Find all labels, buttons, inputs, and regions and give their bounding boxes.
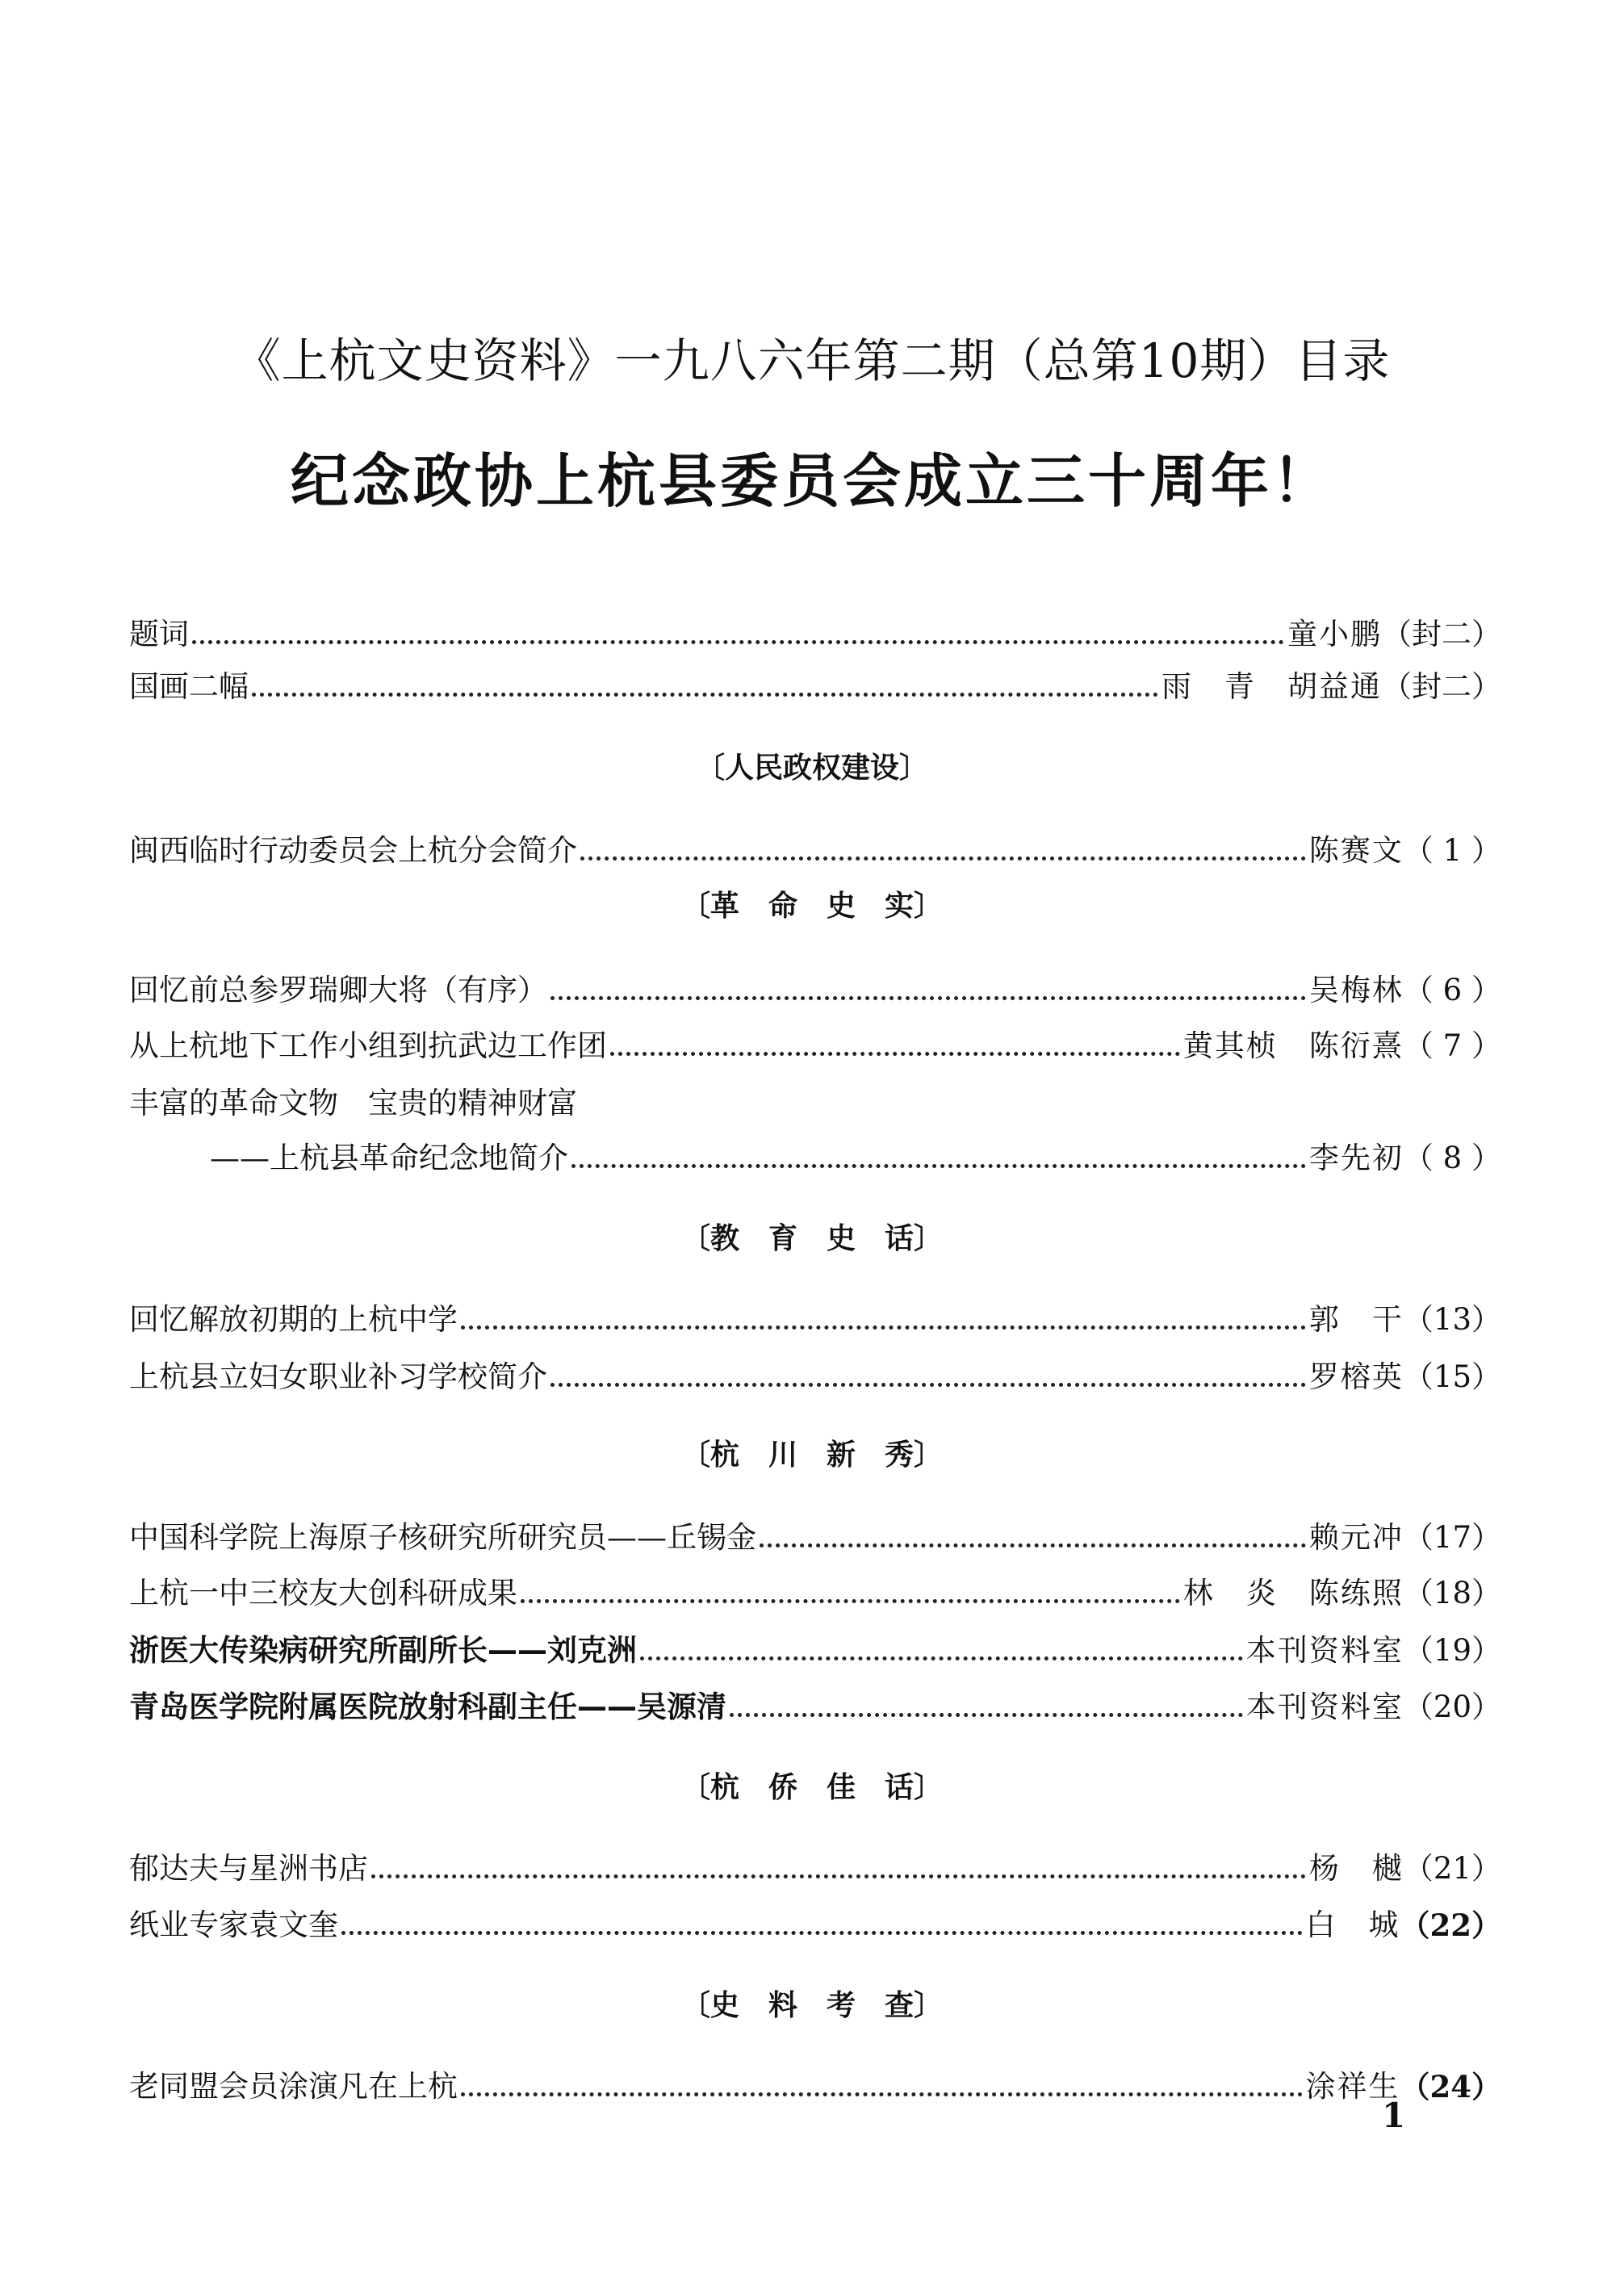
toc-entry: 纸业专家袁文奎 白 城 （22） bbox=[129, 1906, 1501, 1945]
leader-dots bbox=[550, 1383, 1306, 1387]
entry-page: （ 8 ） bbox=[1404, 1139, 1501, 1178]
entry-title: 题词 bbox=[129, 615, 189, 654]
entry-title: 郁达夫与星洲书店 bbox=[129, 1849, 368, 1888]
leader-dots bbox=[341, 1931, 1303, 1935]
leader-dots bbox=[760, 1543, 1306, 1547]
section-heading: 〔教 育 史 话〕 bbox=[0, 1220, 1624, 1258]
section-heading: 〔杭 川 新 秀〕 bbox=[0, 1436, 1624, 1475]
entry-title: 丰富的革命文物 宝贵的精神财富 bbox=[129, 1084, 577, 1123]
leader-dots bbox=[550, 996, 1306, 1000]
leader-dots bbox=[580, 856, 1306, 861]
toc-entry: 上杭县立妇女职业补习学校简介 罗榕英 （15） bbox=[129, 1358, 1501, 1397]
toc-entry: 从上杭地下工作小组到抗武边工作团 黄其桢 陈衍熹 （ 7 ） bbox=[129, 1027, 1501, 1066]
entry-title: 回忆前总参罗瑞卿大将（有序） bbox=[129, 971, 547, 1010]
entry-author: 黄其桢 陈衍熹 bbox=[1183, 1027, 1404, 1066]
toc-entry: ——上杭县革命纪念地简介 李先初 （ 8 ） bbox=[210, 1139, 1501, 1178]
leader-dots bbox=[571, 1164, 1306, 1168]
leader-dots bbox=[640, 1656, 1243, 1660]
entry-title: 中国科学院上海原子核研究所研究员——丘锡金 bbox=[129, 1518, 756, 1557]
entry-author: 郭 干 bbox=[1309, 1300, 1404, 1339]
entry-title: 国画二幅 bbox=[129, 668, 249, 706]
toc-entry: 闽西临时行动委员会上杭分会简介 陈赛文 （ 1 ） bbox=[129, 831, 1501, 870]
entry-title: 从上杭地下工作小组到抗武边工作团 bbox=[129, 1027, 607, 1066]
leader-dots bbox=[730, 1713, 1243, 1717]
entry-author: 吴梅林 bbox=[1309, 971, 1404, 1010]
entry-author: 本刊资料室 bbox=[1246, 1688, 1404, 1727]
entry-page: （22） bbox=[1400, 1906, 1502, 1945]
entry-author: 童小鹏 bbox=[1287, 615, 1382, 654]
toc-entry: 青岛医学院附属医院放射科副主任——吴源清 本刊资料室 （20） bbox=[129, 1688, 1501, 1727]
entry-page: （20） bbox=[1404, 1688, 1501, 1727]
section-heading: 〔史 料 考 查〕 bbox=[0, 1987, 1624, 2025]
entry-title: 回忆解放初期的上杭中学 bbox=[129, 1300, 458, 1339]
entry-author: 白 城 bbox=[1306, 1906, 1400, 1945]
toc-entry: 上杭一中三校友大创科研成果 林 炎 陈练照 （18） bbox=[129, 1574, 1501, 1613]
entry-page: （ 1 ） bbox=[1404, 831, 1501, 870]
entry-author: 杨 樾 bbox=[1309, 1849, 1404, 1888]
entry-author: 罗榕英 bbox=[1309, 1358, 1404, 1397]
entry-title: 浙医大传染病研究所副所长——刘克洲 bbox=[129, 1631, 637, 1670]
page-number: 1 bbox=[1382, 2096, 1405, 2135]
leader-dots bbox=[192, 640, 1284, 644]
entry-page: （15） bbox=[1404, 1358, 1501, 1397]
section-heading: 〔杭 侨 佳 话〕 bbox=[0, 1769, 1624, 1807]
entry-author: 李先初 bbox=[1309, 1139, 1404, 1178]
toc-entry: 国画二幅 雨 青 胡益通 （封二） bbox=[129, 668, 1501, 706]
toc-entry: 浙医大传染病研究所副所长——刘克洲 本刊资料室 （19） bbox=[129, 1631, 1501, 1670]
entry-page: （ 6 ） bbox=[1404, 971, 1501, 1010]
entry-author: 赖元冲 bbox=[1309, 1518, 1404, 1557]
leader-dots bbox=[461, 2092, 1303, 2096]
entry-page: （ 7 ） bbox=[1404, 1027, 1501, 1066]
entry-author: 陈赛文 bbox=[1309, 831, 1404, 870]
toc-entry: 回忆前总参罗瑞卿大将（有序） 吴梅林 （ 6 ） bbox=[129, 971, 1501, 1010]
leader-dots bbox=[521, 1599, 1180, 1603]
section-heading: 〔人民政权建设〕 bbox=[0, 749, 1624, 788]
document-subtitle: 纪念政协上杭县委员会成立三十周年！ bbox=[0, 446, 1624, 517]
entry-title: 青岛医学院附属医院放射科副主任——吴源清 bbox=[129, 1688, 726, 1727]
entry-page: （17） bbox=[1404, 1518, 1501, 1557]
document-title: 《上杭文史资料》一九八六年第二期（总第10期）目录 bbox=[0, 333, 1624, 389]
entry-author: 本刊资料室 bbox=[1246, 1631, 1404, 1670]
entry-title: 上杭县立妇女职业补习学校简介 bbox=[129, 1358, 547, 1397]
toc-entry: 中国科学院上海原子核研究所研究员——丘锡金 赖元冲 （17） bbox=[129, 1518, 1501, 1557]
entry-page: （封二） bbox=[1382, 615, 1501, 654]
section-heading: 〔革 命 史 实〕 bbox=[0, 887, 1624, 926]
entry-title: 闽西临时行动委员会上杭分会简介 bbox=[129, 831, 577, 870]
toc-entry: 题词 童小鹏 （封二） bbox=[129, 615, 1501, 654]
leader-dots bbox=[610, 1052, 1180, 1056]
entry-author: 林 炎 陈练照 bbox=[1183, 1574, 1404, 1613]
leader-dots bbox=[252, 693, 1158, 697]
entry-page: （24） bbox=[1400, 2067, 1502, 2106]
toc-entry: 回忆解放初期的上杭中学 郭 干 （13） bbox=[129, 1300, 1501, 1339]
toc-entry: 老同盟会员涂演凡在上杭 涂祥生 （24） bbox=[129, 2067, 1501, 2106]
entry-page: （13） bbox=[1404, 1300, 1501, 1339]
entry-page: （18） bbox=[1404, 1574, 1501, 1613]
entry-title: 老同盟会员涂演凡在上杭 bbox=[129, 2067, 458, 2106]
entry-page: （21） bbox=[1404, 1849, 1501, 1888]
entry-page: （封二） bbox=[1382, 668, 1501, 706]
leader-dots bbox=[371, 1874, 1306, 1878]
entry-title: 上杭一中三校友大创科研成果 bbox=[129, 1574, 517, 1613]
toc-entry: 郁达夫与星洲书店 杨 樾 （21） bbox=[129, 1849, 1501, 1888]
entry-page: （19） bbox=[1404, 1631, 1501, 1670]
leader-dots bbox=[461, 1325, 1306, 1330]
entry-author: 雨 青 胡益通 bbox=[1161, 668, 1382, 706]
entry-title: ——上杭县革命纪念地简介 bbox=[210, 1139, 568, 1178]
toc-entry: 丰富的革命文物 宝贵的精神财富 bbox=[129, 1084, 1501, 1123]
entry-title: 纸业专家袁文奎 bbox=[129, 1906, 338, 1945]
